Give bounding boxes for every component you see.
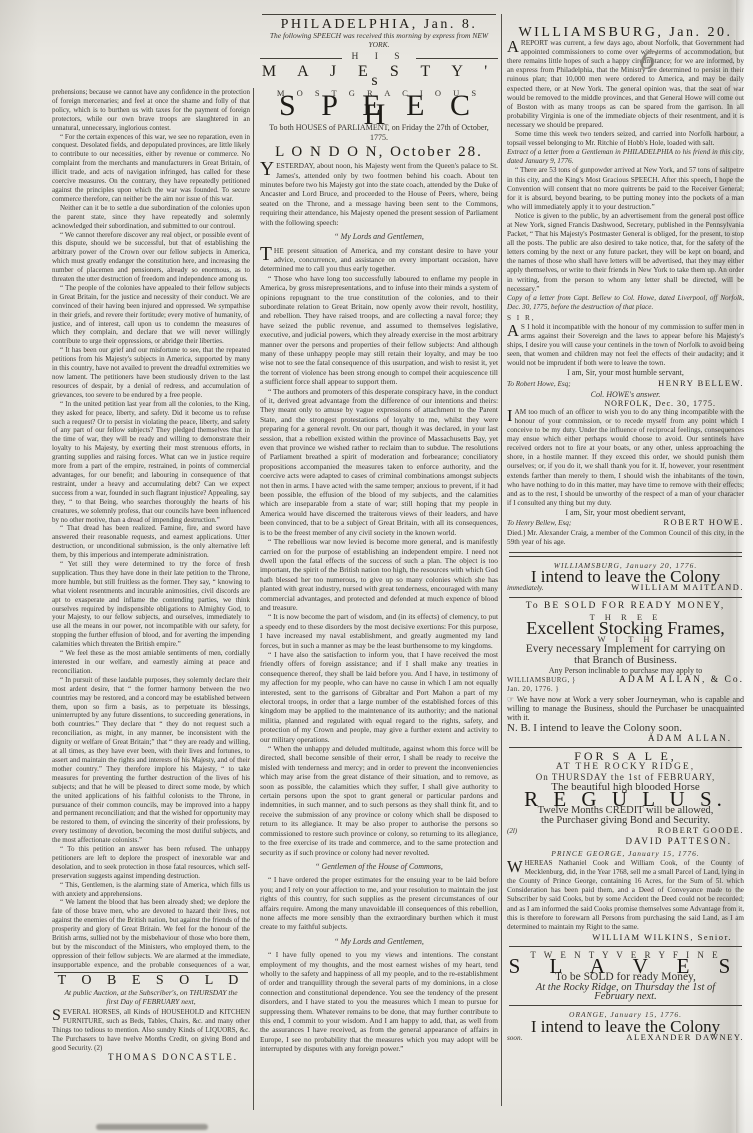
text-block: prehensions; because we cannot have any …	[52, 88, 250, 133]
text-block: “ The authors and promoters of this desp…	[260, 387, 498, 538]
drop-cap: S	[52, 1008, 63, 1022]
text-block: ADAM ALLAN.	[507, 734, 744, 743]
paragraph-text: S I hold it incompatible with the honour…	[507, 323, 744, 367]
text-block: WHEREAS Nathaniel Cook and William Cook,…	[507, 859, 744, 932]
column-rule	[501, 14, 502, 1106]
majesty-line: M A J E S T Y ' s	[260, 67, 498, 86]
row-left-text: soon.	[507, 1034, 522, 1043]
text-block: Extract of a letter from a Gentleman in …	[507, 148, 744, 166]
drop-cap: A	[507, 323, 521, 338]
text-block: “ We lament the blood that has been alre…	[52, 898, 250, 968]
row-right-text: WILLIAM MAITLAND.	[631, 583, 744, 592]
doncastle-signature: THOMAS DONCASTLE.	[52, 1053, 250, 1062]
paragraph-text: HEREAS Nathaniel Cook and William Cook, …	[507, 859, 744, 931]
text-block: AREPORT was current, a few days ago, abo…	[507, 39, 744, 130]
section-rule	[509, 747, 742, 748]
text-block: PRINCE GEORGE, January 15, 1776.	[507, 849, 744, 858]
text-block: “ We feel these as the most amiable sent…	[52, 649, 250, 676]
text-block: “ My Lords and Gentlemen,	[260, 937, 498, 946]
bellew-signature: To Robert Howe, Esq;HENRY BELLEW.	[507, 379, 744, 389]
text-block: “ Those who have long too successfully l…	[260, 274, 498, 387]
text-block: that Branch of Business.	[507, 656, 744, 665]
text-block: “ It has been our grief and our misfortu…	[52, 346, 250, 399]
section-rule	[509, 1005, 742, 1006]
paragraph-text: REPORT was current, a few days ago, abou…	[507, 39, 744, 129]
paragraph-text: EVERAL HORSES, all Kinds of HOUSEHOLD an…	[52, 1008, 250, 1052]
slaves-ad-title: S L A V E S	[507, 962, 744, 971]
text-block: February next.	[507, 992, 744, 1001]
text-block: “ We cannot therefore discover any real …	[52, 231, 250, 284]
text-block: THE present situation of America, and my…	[260, 246, 498, 274]
text-block: “ My Lords and Gentlemen,	[260, 232, 498, 241]
text-block: “ There are 53 tons of gunpowder arrived…	[507, 166, 744, 211]
drop-cap: I	[507, 408, 515, 423]
paragraph-text: HE present situation of America, and my …	[260, 246, 498, 274]
to-be-sold-title: T O B E S O L D	[52, 977, 250, 986]
ink-smudge	[96, 1124, 208, 1130]
text-block: The following SPEECH was received this m…	[266, 31, 492, 49]
text-block: YESTERDAY, about noon, his Majesty went …	[260, 161, 498, 227]
text-block: “ In the united petition last year from …	[52, 400, 250, 525]
howe-signature: To Henry Bellew, Esq;ROBERT HOWE.	[507, 518, 744, 528]
section-rule	[262, 14, 496, 15]
text-block: I am, Sir, your most humble servant,	[507, 368, 744, 377]
text-block: AS I hold it incompatible with the honou…	[507, 323, 744, 368]
regulus-title: R E G U L U S.	[507, 795, 744, 804]
drop-cap: A	[507, 39, 521, 54]
text-block: “ Gentlemen of the House of Commons,	[260, 862, 498, 871]
newspaper-page: prehensions; because we cannot have any …	[0, 0, 753, 1133]
row-left-text: WILLIAMSBURG, } Jan. 20, 1776. }	[507, 676, 576, 694]
text-block: ☞ We have now at Work a very sober Journ…	[507, 695, 744, 722]
text-block: the Purchaser giving Bond and Security.	[507, 816, 744, 825]
text-block: “ I have ordered the proper estimates fo…	[260, 875, 498, 931]
drop-cap: W	[507, 859, 525, 874]
page-fold-shadow	[736, 0, 740, 1133]
row-right-text: ROBERT HOWE.	[663, 518, 744, 527]
text-block: AT THE ROCKY RIDGE,	[507, 763, 744, 772]
text-block: Died.] Mr. Alexander Craig, a member of …	[507, 529, 744, 547]
right-column-news-adverts: WILLIAMSBURG, Jan. 20.AREPORT was curren…	[507, 26, 744, 1133]
williamsburg-dateline: WILLIAMSBURG, Jan. 20.	[507, 28, 744, 37]
goode-signature: (2l)ROBERT GOODE.	[507, 826, 744, 836]
text-block: Every necessary Implement for carrying o…	[507, 645, 744, 654]
row-right-text: ADAM ALLAN, & Co.	[619, 676, 744, 685]
row-left-text: immediately.	[507, 584, 544, 593]
text-block: “ Yet still they were determined to try …	[52, 560, 250, 649]
left-column-text: prehensions; because we cannot have any …	[52, 88, 250, 968]
wilkins-signature: WILLIAM WILKINS, Senior.	[507, 933, 744, 942]
speech-title: S P E E C H	[260, 101, 498, 120]
section-rule	[509, 946, 742, 947]
text-block: “ It is now become the part of wisdom, a…	[260, 612, 498, 650]
text-block: I AM too much of an officer to wish you …	[507, 408, 744, 508]
text-block: “ I have fully opened to you my views an…	[260, 950, 498, 1053]
center-column-speech: PHILADELPHIA, Jan. 8.The following SPEEC…	[260, 14, 498, 1126]
text-block: Any Person inclinable to purchase may ap…	[507, 666, 744, 675]
text-block: Some time this week two tenders seized, …	[507, 130, 744, 148]
text-block: “ I have also the satisfaction to inform…	[260, 650, 498, 744]
text-block: Col. HOWE's answer.	[507, 390, 744, 399]
text-block: Copy of a letter from Capt. Bellew to Co…	[507, 294, 744, 312]
norfolk-dateline: NORFOLK, Dec. 30, 1775.	[507, 399, 744, 408]
text-block: To both HOUSES of PARLIAMENT, on Friday …	[264, 123, 494, 143]
text-block: FOR S A L E,	[507, 752, 744, 761]
text-block: Neither can it be to settle a due subord…	[52, 204, 250, 231]
text-block: “ In pursuit of these laudable purposes,…	[52, 676, 250, 845]
text-block: “ The people of the colonies have appeal…	[52, 284, 250, 346]
his-line: H I S	[260, 53, 498, 62]
text-block: “ To this petition an answer has been re…	[52, 845, 250, 881]
text-block: Twelve Months CREDIT will be allowed,	[507, 806, 744, 815]
row-left-text: To Henry Bellew, Esq;	[507, 519, 571, 528]
text-block: SEVERAL HORSES, all Kinds of HOUSEHOLD a…	[52, 1008, 250, 1053]
section-rule	[509, 597, 742, 598]
dawney-notice: I intend to leave the Colony	[507, 1022, 744, 1031]
text-block: Notice is given to the public, by an adv…	[507, 212, 744, 294]
row-right-text: ALEXANDER DAWNEY.	[626, 1033, 744, 1042]
row-right-text: HENRY BELLEW.	[658, 379, 744, 388]
text-block: “ For the certain expences of this war, …	[52, 133, 250, 204]
paragraph-text: AM too much of an officer to wish you to…	[507, 408, 744, 507]
text-block: I am, Sir, your most obedient servant,	[507, 508, 744, 517]
text-block: “ When the unhappy and deluded multitude…	[260, 744, 498, 857]
row-left-text: To Robert Howe, Esq;	[507, 380, 571, 389]
text-block: “ That dread has been realized. Famine, …	[52, 524, 250, 560]
section-rule	[509, 552, 742, 557]
text-block: DAVID PATTESON.	[507, 837, 744, 846]
maitland-notice: I intend to leave the Colony	[507, 572, 744, 581]
adam-allan-signature: WILLIAMSBURG, } Jan. 20, 1776. }ADAM ALL…	[507, 676, 744, 694]
drop-cap: T	[260, 246, 274, 263]
row-right-text: ROBERT GOODE.	[658, 826, 744, 835]
text-block: “ The rebellious war now levied is becom…	[260, 537, 498, 612]
philadelphia-dateline: PHILADELPHIA, Jan. 8.	[260, 20, 498, 29]
column-rule	[253, 88, 254, 1110]
drop-cap: Y	[260, 161, 276, 178]
left-column-advert: T O B E S O L DAt public Auction, at the…	[52, 968, 250, 1133]
stocking-frames-title: Excellent Stocking Frames,	[507, 624, 744, 633]
text-block: “ This, Gentlemen, is the alarming state…	[52, 881, 250, 899]
text-block: At public Auction, at the Subscriber's, …	[58, 988, 244, 1006]
text-block: N. B. I intend to leave the Colony soon.	[507, 724, 744, 733]
text-block: S I R,	[507, 314, 744, 323]
london-dateline: L O N D O N, October 28.	[260, 148, 498, 157]
row-left-text: (2l)	[507, 827, 517, 836]
text-block: To BE SOLD FOR READY MONEY,	[507, 602, 744, 611]
paragraph-text: ESTERDAY, about noon, his Majesty went f…	[260, 161, 498, 226]
